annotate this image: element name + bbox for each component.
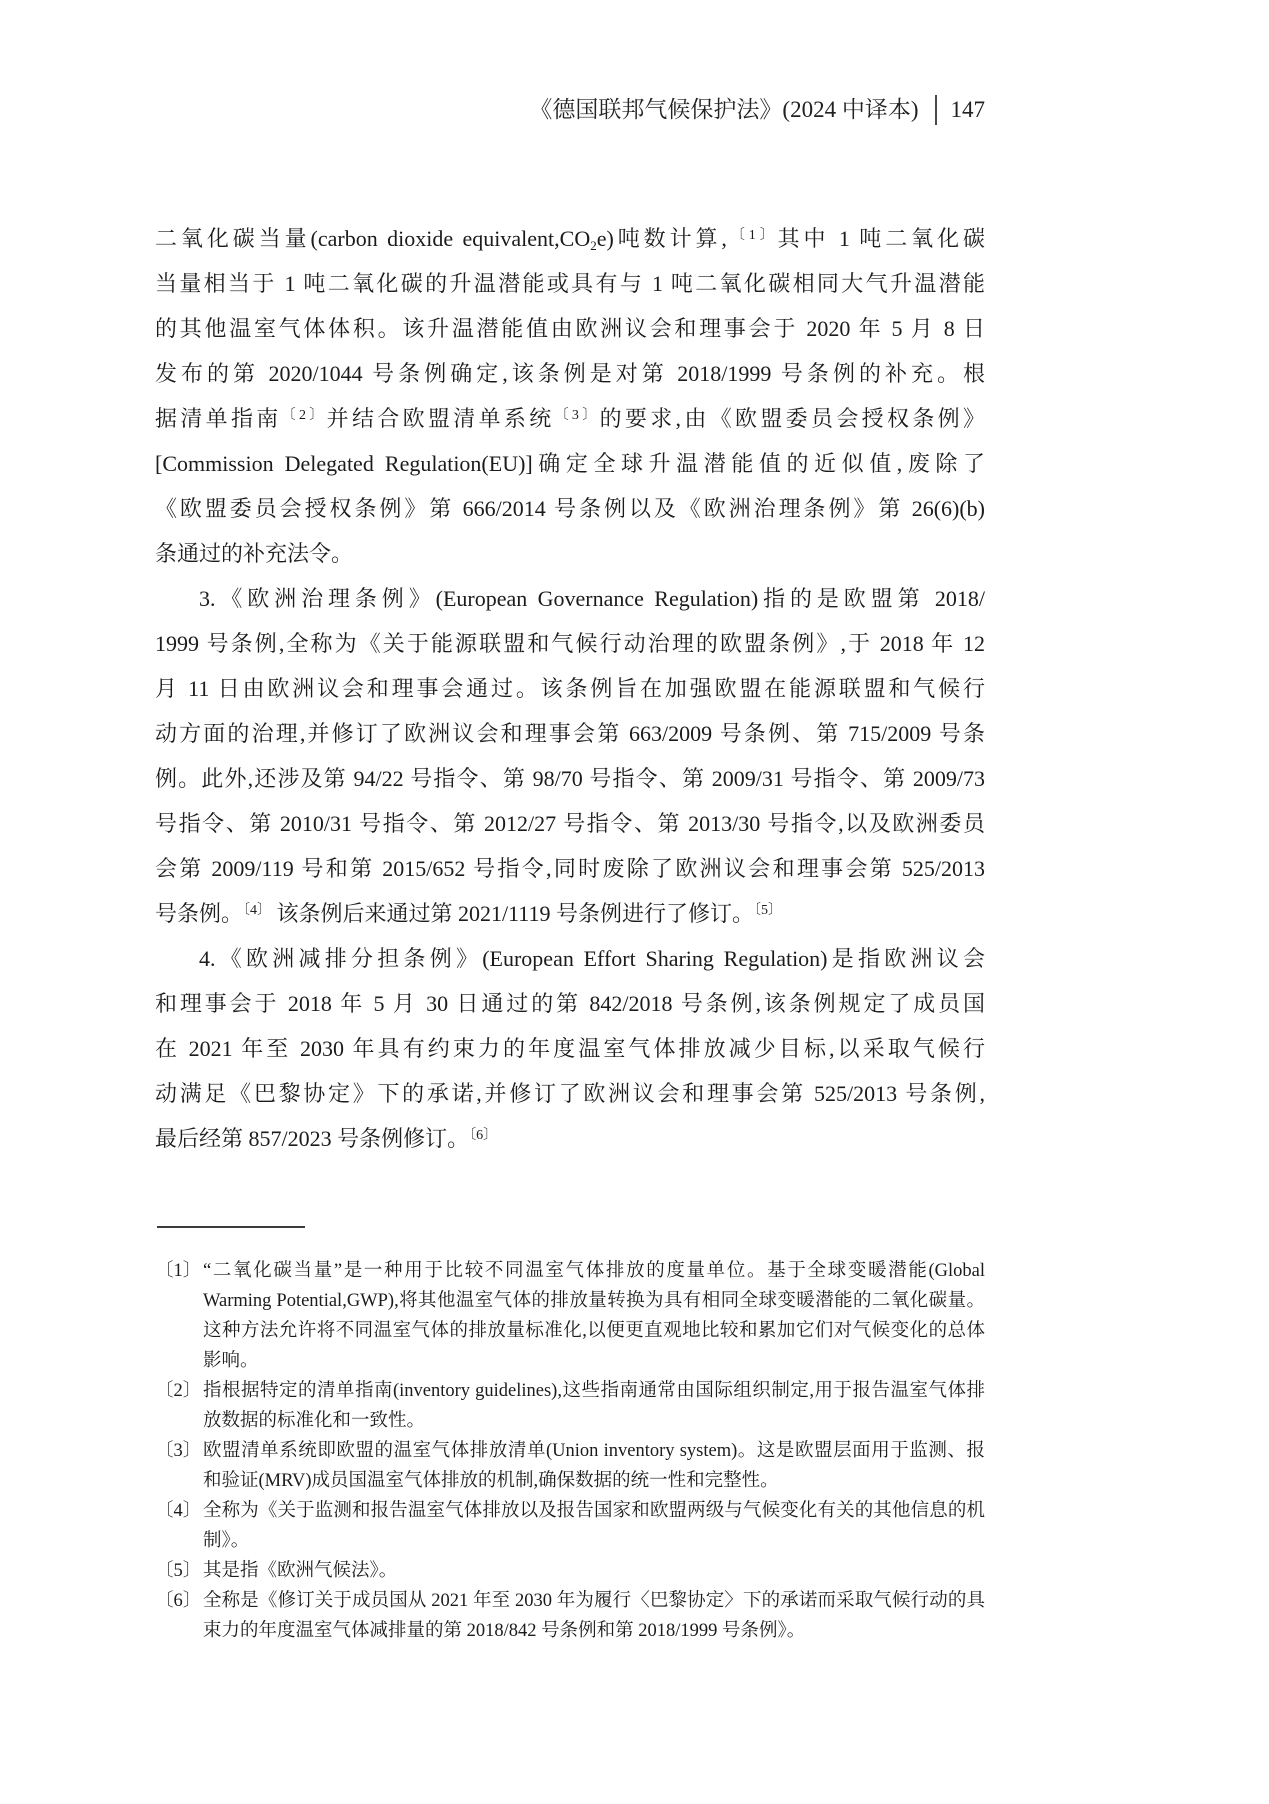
- footnote-marker: 〔3〕: [155, 1436, 203, 1466]
- footnote-line: 全称是《修订关于成员国从 2021 年至 2030 年为履行〈巴黎协定〉下的承诺…: [203, 1586, 985, 1616]
- book-page: 《德国联邦气候保护法》(2024 中译本) 147 二氧化碳当量(carbon …: [0, 0, 1269, 1804]
- body-line: 会第 2009/119 号和第 2015/652 号指令,同时废除了欧洲议会和理…: [155, 846, 985, 891]
- body-line: 3.《欧洲治理条例》(European Governance Regulatio…: [155, 576, 985, 621]
- footnote-marker: 〔6〕: [155, 1586, 203, 1616]
- body-line: 号条例。〔4〕 该条例后来通过第 2021/1119 号条例进行了修订。〔5〕: [155, 891, 985, 936]
- footnote-ref: 〔2〕: [282, 408, 327, 423]
- footnote-marker: 〔2〕: [155, 1376, 203, 1406]
- body-line: 例。此外,还涉及第 94/22 号指令、第 98/70 号指令、第 2009/3…: [155, 756, 985, 801]
- footnote-item: 〔1〕“二氧化碳当量”是一种用于比较不同温室气体排放的度量单位。基于全球变暖潜能…: [155, 1256, 985, 1376]
- footnote-line: 和验证(MRV)成员国温室气体排放的机制,确保数据的统一性和完整性。: [203, 1466, 985, 1496]
- page-number: 147: [951, 94, 986, 126]
- footnote-text: 其是指《欧洲气候法》。: [203, 1556, 985, 1586]
- body-line: 和理事会于 2018 年 5 月 30 日通过的第 842/2018 号条例,该…: [155, 981, 985, 1026]
- text-run: 4.《欧洲减排分担条例》(European Effort Sharing Reg…: [199, 946, 985, 971]
- text-run: 该条例后来通过第 2021/1119 号条例进行了修订。: [271, 901, 754, 926]
- text-run: [Commission Delegated Regulation(EU)]确定全…: [155, 451, 985, 476]
- text-run: 发布的第 2020/1044 号条例确定,该条例是对第 2018/1999 号条…: [155, 361, 985, 386]
- footnote-line: 欧盟清单系统即欧盟的温室气体排放清单(Union inventory syste…: [203, 1436, 985, 1466]
- running-title: 《德国联邦气候保护法》(2024 中译本): [529, 94, 918, 126]
- text-run: 条通过的补充法令。: [155, 541, 353, 566]
- footnote-line: 影响。: [203, 1346, 985, 1376]
- footnote-item: 〔5〕其是指《欧洲气候法》。: [155, 1556, 985, 1586]
- text-run: 动满足《巴黎协定》下的承诺,并修订了欧洲议会和理事会第 525/2013 号条例…: [155, 1081, 985, 1106]
- body-line: 4.《欧洲减排分担条例》(European Effort Sharing Reg…: [155, 936, 985, 981]
- text-run: 《欧盟委员会授权条例》第 666/2014 号条例以及《欧洲治理条例》第 26(…: [155, 496, 985, 521]
- footnote-item: 〔6〕全称是《修订关于成员国从 2021 年至 2030 年为履行〈巴黎协定〉下…: [155, 1586, 985, 1646]
- body-line: 在 2021 年至 2030 年具有约束力的年度温室气体排放减少目标,以采取气候…: [155, 1026, 985, 1071]
- footnote-ref: 〔6〕: [469, 1128, 497, 1143]
- footnote-line: 其是指《欧洲气候法》。: [203, 1556, 985, 1586]
- text-run: 的要求,由《欧盟委员会授权条例》: [600, 406, 985, 431]
- text-run: 号指令、第 2010/31 号指令、第 2012/27 号指令、第 2013/3…: [155, 811, 985, 836]
- text-run: 1999 号条例,全称为《关于能源联盟和气候行动治理的欧盟条例》,于 2018 …: [155, 631, 985, 656]
- footnote-separator: [157, 1226, 305, 1228]
- body-line: 发布的第 2020/1044 号条例确定,该条例是对第 2018/1999 号条…: [155, 351, 985, 396]
- footnote-ref: 〔1〕: [727, 228, 778, 243]
- body-line: 号指令、第 2010/31 号指令、第 2012/27 号指令、第 2013/3…: [155, 801, 985, 846]
- footnote-ref: 〔4〕: [243, 903, 271, 918]
- footnote-line: 全称为《关于监测和报告温室气体排放以及报告国家和欧盟两级与气候变化有关的其他信息…: [203, 1496, 985, 1526]
- body-text: 二氧化碳当量(carbon dioxide equivalent,CO2e)吨数…: [155, 216, 985, 1161]
- text-run: 例。此外,还涉及第 94/22 号指令、第 98/70 号指令、第 2009/3…: [155, 766, 985, 791]
- footnote-line: 指根据特定的清单指南(inventory guidelines),这些指南通常由…: [203, 1376, 985, 1406]
- footnote-line: 制》。: [203, 1526, 985, 1556]
- text-run: 在 2021 年至 2030 年具有约束力的年度温室气体排放减少目标,以采取气候…: [155, 1036, 985, 1061]
- text-run: 月 11 日由欧洲议会和理事会通过。该条例旨在加强欧盟在能源联盟和气候行: [155, 676, 985, 701]
- body-line: 《欧盟委员会授权条例》第 666/2014 号条例以及《欧洲治理条例》第 26(…: [155, 486, 985, 531]
- footnote-line: 放数据的标准化和一致性。: [203, 1406, 985, 1436]
- footnote-text: “二氧化碳当量”是一种用于比较不同温室气体排放的度量单位。基于全球变暖潜能(Gl…: [203, 1256, 985, 1376]
- text-run: 的其他温室气体体积。该升温潜能值由欧洲议会和理事会于 2020 年 5 月 8 …: [155, 316, 985, 341]
- footnotes: 〔1〕“二氧化碳当量”是一种用于比较不同温室气体排放的度量单位。基于全球变暖潜能…: [155, 1256, 985, 1646]
- body-line: 条通过的补充法令。: [155, 531, 985, 576]
- footnote-line: 这种方法允许将不同温室气体的排放量标准化,以便更直观地比较和累加它们对气候变化的…: [203, 1316, 985, 1346]
- text-run: 最后经第 857/2023 号条例修订。: [155, 1126, 469, 1151]
- body-line: 动满足《巴黎协定》下的承诺,并修订了欧洲议会和理事会第 525/2013 号条例…: [155, 1071, 985, 1116]
- footnote-line: 束力的年度温室气体减排量的第 2018/842 号条例和第 2018/1999 …: [203, 1616, 985, 1646]
- footnote-text: 全称是《修订关于成员国从 2021 年至 2030 年为履行〈巴黎协定〉下的承诺…: [203, 1586, 985, 1646]
- text-run: e)吨数计算,: [597, 226, 727, 251]
- text-run: 二氧化碳当量(carbon dioxide equivalent,CO: [155, 226, 590, 251]
- footnote-ref: 〔3〕: [555, 408, 600, 423]
- footnote-marker: 〔5〕: [155, 1556, 203, 1586]
- text-run: 动方面的治理,并修订了欧洲议会和理事会第 663/2009 号条例、第 715/…: [155, 721, 985, 746]
- body-line: 动方面的治理,并修订了欧洲议会和理事会第 663/2009 号条例、第 715/…: [155, 711, 985, 756]
- body-line: 二氧化碳当量(carbon dioxide equivalent,CO2e)吨数…: [155, 216, 985, 261]
- body-line: 据清单指南〔2〕并结合欧盟清单系统〔3〕的要求,由《欧盟委员会授权条例》: [155, 396, 985, 441]
- page-header: 《德国联邦气候保护法》(2024 中译本) 147: [155, 94, 985, 126]
- footnote-text: 指根据特定的清单指南(inventory guidelines),这些指南通常由…: [203, 1376, 985, 1436]
- body-line: 1999 号条例,全称为《关于能源联盟和气候行动治理的欧盟条例》,于 2018 …: [155, 621, 985, 666]
- footnote-item: 〔3〕欧盟清单系统即欧盟的温室气体排放清单(Union inventory sy…: [155, 1436, 985, 1496]
- text-run: 其中 1 吨二氧化碳: [778, 226, 985, 251]
- text-run: 号条例。: [155, 901, 243, 926]
- text-run: 并结合欧盟清单系统: [327, 406, 555, 431]
- body-line: 月 11 日由欧洲议会和理事会通过。该条例旨在加强欧盟在能源联盟和气候行: [155, 666, 985, 711]
- text-run: 当量相当于 1 吨二氧化碳的升温潜能或具有与 1 吨二氧化碳相同大气升温潜能: [155, 271, 985, 296]
- text-run: 和理事会于 2018 年 5 月 30 日通过的第 842/2018 号条例,该…: [155, 991, 985, 1016]
- footnote-text: 欧盟清单系统即欧盟的温室气体排放清单(Union inventory syste…: [203, 1436, 985, 1496]
- header-divider: [935, 95, 937, 125]
- body-line: 最后经第 857/2023 号条例修订。〔6〕: [155, 1116, 985, 1161]
- footnote-line: Warming Potential,GWP),将其他温室气体的排放量转换为具有相…: [203, 1286, 985, 1316]
- body-line: 的其他温室气体体积。该升温潜能值由欧洲议会和理事会于 2020 年 5 月 8 …: [155, 306, 985, 351]
- text-run: 据清单指南: [155, 406, 282, 431]
- text-run: 3.《欧洲治理条例》(European Governance Regulatio…: [199, 586, 985, 611]
- footnote-item: 〔2〕指根据特定的清单指南(inventory guidelines),这些指南…: [155, 1376, 985, 1436]
- footnote-text: 全称为《关于监测和报告温室气体排放以及报告国家和欧盟两级与气候变化有关的其他信息…: [203, 1496, 985, 1556]
- footnote-item: 〔4〕全称为《关于监测和报告温室气体排放以及报告国家和欧盟两级与气候变化有关的其…: [155, 1496, 985, 1556]
- footnote-line: “二氧化碳当量”是一种用于比较不同温室气体排放的度量单位。基于全球变暖潜能(Gl…: [203, 1256, 985, 1286]
- footnote-ref: 〔5〕: [754, 903, 782, 918]
- footnote-marker: 〔4〕: [155, 1496, 203, 1526]
- footnote-marker: 〔1〕: [155, 1256, 203, 1286]
- body-line: [Commission Delegated Regulation(EU)]确定全…: [155, 441, 985, 486]
- body-line: 当量相当于 1 吨二氧化碳的升温潜能或具有与 1 吨二氧化碳相同大气升温潜能: [155, 261, 985, 306]
- text-run: 会第 2009/119 号和第 2015/652 号指令,同时废除了欧洲议会和理…: [155, 856, 985, 881]
